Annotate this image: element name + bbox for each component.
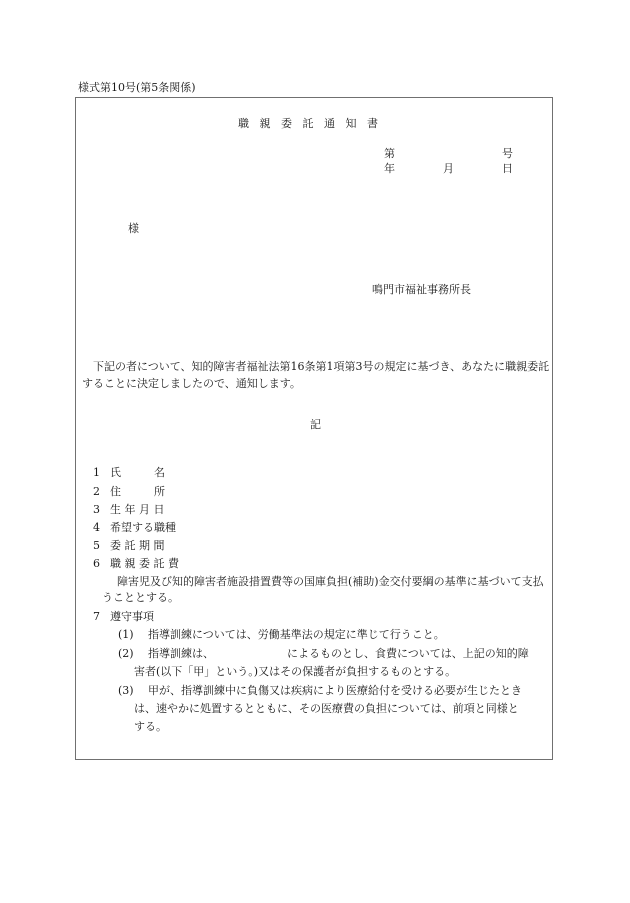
item-label: 職 親 委 託 費 — [110, 558, 179, 569]
item-number: 5 — [93, 540, 100, 551]
subitem-2-text-c: 害者(以下「甲」という。)又はその保護者が負担するものとする。 — [134, 666, 456, 677]
subitem-3-text-c: する。 — [134, 721, 167, 732]
subitem-3-text-b: は、速やかに処置するとともに、その医療費の負担については、前項と同様と — [134, 703, 519, 714]
item-label: 希望する職種 — [110, 522, 176, 533]
item-label: 住 所 — [110, 486, 165, 497]
date-day: 日 — [502, 163, 513, 174]
item-number: 4 — [93, 522, 100, 533]
subitem-1-text: 指導訓練については、労働基準法の規定に準じて行うこと。 — [148, 629, 445, 640]
document-title: 職親委託通知書 — [238, 118, 389, 129]
subitem-3-text-a: 甲が、指導訓練中に負傷又は疾病により医療給付を受ける必要が生じたとき — [148, 685, 522, 696]
subitem-3-number: (3) — [118, 685, 134, 696]
date-month: 月 — [443, 163, 454, 174]
item-label: 生 年 月 日 — [110, 504, 165, 515]
item-label: 氏 名 — [110, 467, 165, 478]
item-number: 7 — [93, 611, 100, 622]
item-label: 委 託 期 間 — [110, 540, 165, 551]
item-label: 遵守事項 — [110, 611, 154, 622]
item-number: 1 — [93, 467, 100, 478]
subitem-2-number: (2) — [118, 648, 134, 659]
subitem-1-number: (1) — [118, 629, 134, 640]
form-number-label: 様式第10号(第5条関係) — [78, 82, 196, 93]
subitem-2-text-a: 指導訓練は、 — [148, 648, 214, 659]
number-prefix: 第 — [384, 148, 395, 159]
item-number: 3 — [93, 504, 100, 515]
ki-heading: 記 — [310, 419, 321, 430]
date-year: 年 — [384, 163, 395, 174]
subitem-2-text-b: によるものとし、食費については、上記の知的障 — [287, 648, 529, 659]
item-6-text: 障害児及び知的障害者施設措置費等の国庫負担(補助)金交付要綱の基準に基づいて支払… — [102, 574, 552, 606]
item-number: 6 — [93, 558, 100, 569]
addressee-suffix: 様 — [128, 223, 139, 234]
item-number: 2 — [93, 486, 100, 497]
number-suffix: 号 — [502, 148, 513, 159]
body-paragraph: 下記の者について、知的障害者福祉法第16条第1項第3号の規定に基づき、あなたに職… — [82, 358, 552, 392]
sender-name: 鳴門市福祉事務所長 — [372, 284, 471, 295]
